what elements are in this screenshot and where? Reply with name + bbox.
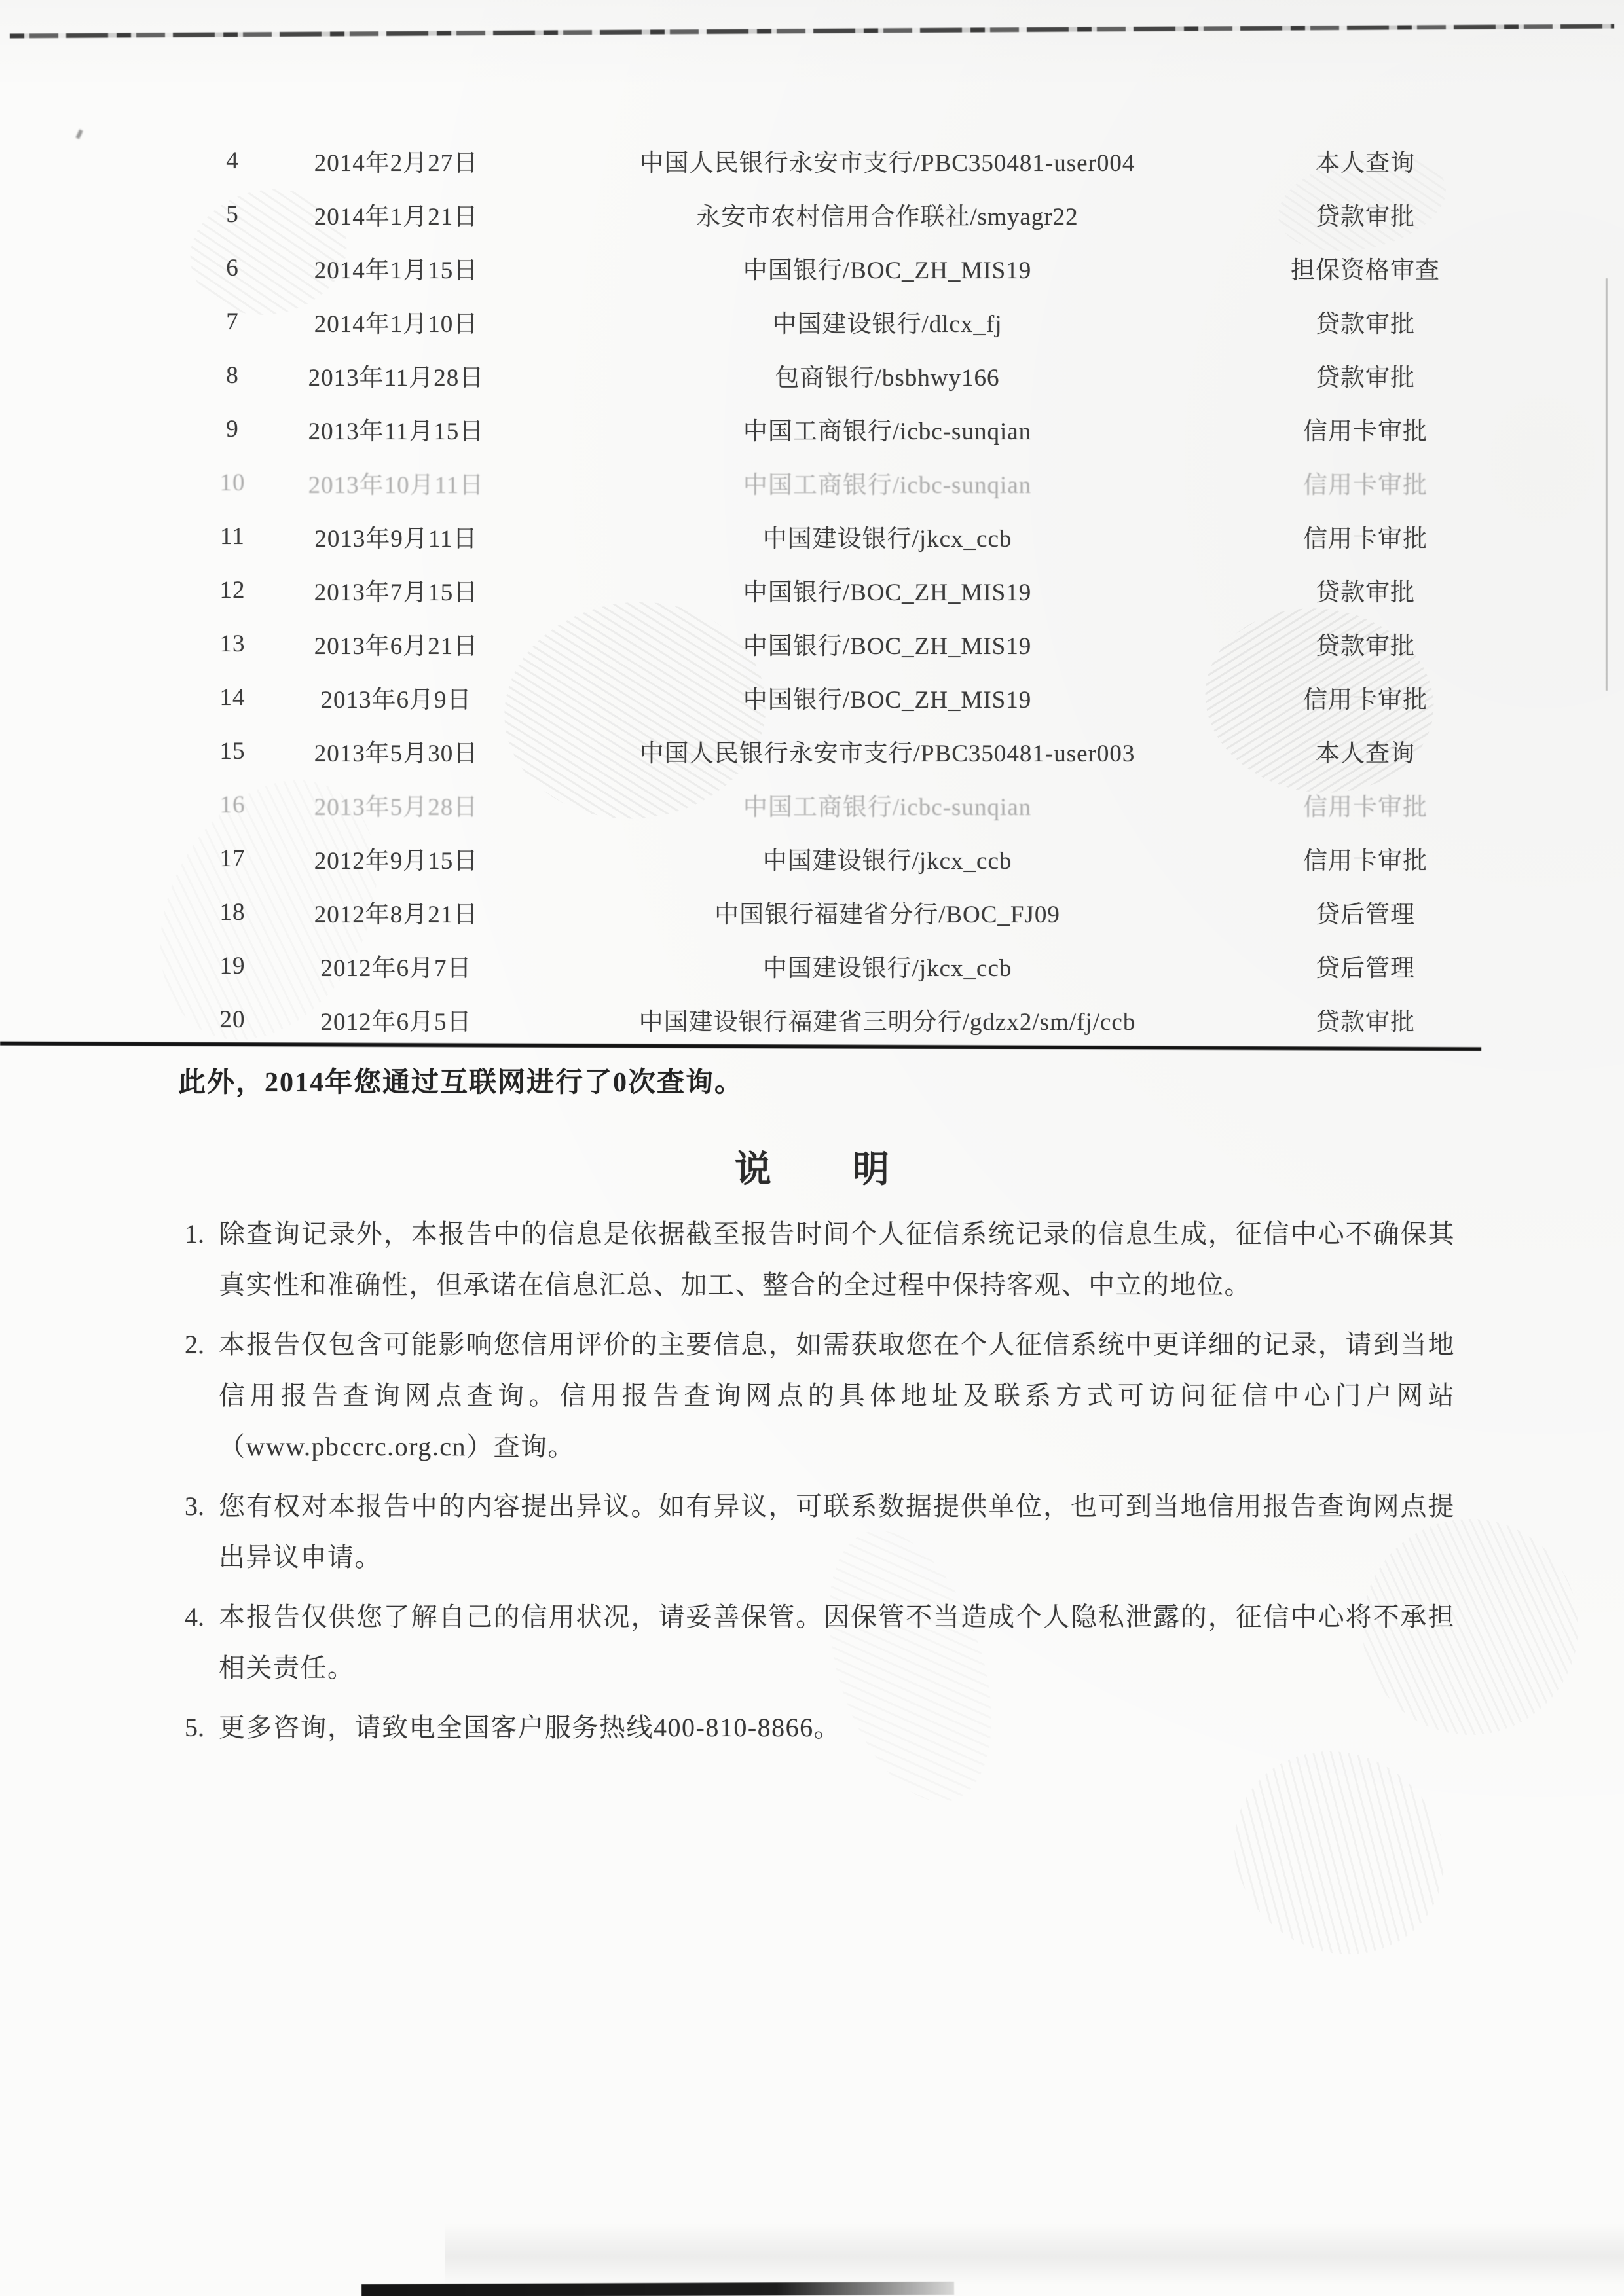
query-reason: 贷款审批 — [1290, 196, 1441, 232]
query-reason: 贷款审批 — [1290, 1002, 1441, 1037]
query-date: 2014年2月27日 — [308, 143, 485, 178]
query-row-number: 11 — [157, 522, 308, 551]
list-item-text: 本报告仅供您了解自己的信用状况，请妥善保管。因保管不当造成个人隐私泄露的，征信中… — [219, 1592, 1455, 1694]
query-row-number: 19 — [157, 952, 308, 980]
query-date: 2013年11月15日 — [308, 411, 485, 446]
internet-query-note: 此外，2014年您通过互联网进行了0次查询。 — [178, 1061, 743, 1100]
list-item-number: 5. — [185, 1702, 219, 1753]
query-operator: 中国建设银行/jkcx_ccb — [485, 519, 1290, 554]
table-row: 7 2014年1月10日 中国建设银行/dlcx_fj 贷款审批 — [157, 295, 1441, 348]
query-date: 2012年9月15日 — [308, 841, 485, 876]
query-row-number: 12 — [157, 576, 308, 604]
query-operator: 中国建设银行/jkcx_ccb — [485, 948, 1290, 983]
query-row-number: 15 — [157, 737, 308, 765]
table-row: 11 2013年9月11日 中国建设银行/jkcx_ccb 信用卡审批 — [157, 509, 1441, 563]
list-item: 5. 更多咨询，请致电全国客户服务热线400-810-8866。 — [185, 1702, 1455, 1753]
table-row: 13 2013年6月21日 中国银行/BOC_ZH_MIS19 贷款审批 — [157, 617, 1441, 670]
query-date: 2013年11月28日 — [308, 357, 485, 393]
query-operator: 中国人民银行永安市支行/PBC350481-user003 — [485, 733, 1290, 769]
query-row-number: 6 — [157, 254, 308, 282]
query-operator: 中国建设银行/jkcx_ccb — [485, 841, 1290, 876]
query-reason: 信用卡审批 — [1290, 465, 1441, 500]
table-row: 19 2012年6月7日 中国建设银行/jkcx_ccb 贷后管理 — [157, 939, 1441, 993]
table-row: 15 2013年5月30日 中国人民银行永安市支行/PBC350481-user… — [157, 724, 1441, 778]
query-reason: 担保资格审查 — [1290, 250, 1441, 285]
query-date: 2013年6月9日 — [308, 680, 485, 715]
query-reason: 贷款审批 — [1290, 304, 1441, 339]
list-item-number: 1. — [185, 1209, 219, 1311]
query-date: 2014年1月21日 — [308, 196, 485, 232]
query-row-number: 16 — [157, 791, 308, 819]
query-row-number: 20 — [157, 1006, 308, 1034]
query-date: 2012年6月5日 — [308, 1002, 485, 1037]
query-operator: 包商银行/bsbhwy166 — [485, 357, 1290, 393]
query-reason: 贷后管理 — [1290, 894, 1441, 930]
query-row-number: 14 — [157, 683, 308, 712]
query-operator: 中国银行/BOC_ZH_MIS19 — [485, 626, 1290, 661]
query-operator: 中国工商银行/icbc-sunqian — [485, 787, 1290, 822]
query-row-number: 7 — [157, 308, 308, 336]
table-row: 6 2014年1月15日 中国银行/BOC_ZH_MIS19 担保资格审查 — [157, 241, 1441, 295]
table-row: 12 2013年7月15日 中国银行/BOC_ZH_MIS19 贷款审批 — [157, 563, 1441, 617]
table-row: 10 2013年10月11日 中国工商银行/icbc-sunqian 信用卡审批 — [157, 456, 1441, 509]
query-reason: 本人查询 — [1290, 733, 1441, 769]
query-operator: 中国人民银行永安市支行/PBC350481-user004 — [485, 143, 1290, 178]
query-date: 2012年6月7日 — [308, 948, 485, 983]
query-operator: 中国建设银行福建省三明分行/gdzx2/sm/fj/ccb — [485, 1002, 1290, 1037]
query-date: 2013年5月30日 — [308, 733, 485, 769]
table-row: 8 2013年11月28日 包商银行/bsbhwy166 贷款审批 — [157, 348, 1441, 402]
query-operator: 中国银行/BOC_ZH_MIS19 — [485, 250, 1290, 285]
scan-artifact-top-line — [10, 24, 1614, 39]
query-row-number: 4 — [157, 147, 308, 175]
list-item: 3. 您有权对本报告中的内容提出异议。如有异议，可联系数据提供单位，也可到当地信… — [185, 1481, 1455, 1583]
list-item-text: 您有权对本报告中的内容提出异议。如有异议，可联系数据提供单位，也可到当地信用报告… — [219, 1481, 1455, 1583]
list-item-number: 2. — [185, 1319, 219, 1472]
table-row: 16 2013年5月28日 中国工商银行/icbc-sunqian 信用卡审批 — [157, 778, 1441, 831]
list-item-number: 3. — [185, 1481, 219, 1583]
scan-speck — [75, 129, 83, 139]
list-item-number: 4. — [185, 1592, 219, 1694]
list-item: 1. 除查询记录外，本报告中的信息是依据截至报告时间个人征信系统记录的信息生成，… — [185, 1209, 1455, 1311]
query-date: 2012年8月21日 — [308, 894, 485, 930]
query-row-number: 13 — [157, 630, 308, 658]
query-table-body: 4 2014年2月27日 中国人民银行永安市支行/PBC350481-user0… — [157, 134, 1441, 1046]
list-item: 4. 本报告仅供您了解自己的信用状况，请妥善保管。因保管不当造成个人隐私泄露的，… — [185, 1592, 1455, 1694]
table-row: 4 2014年2月27日 中国人民银行永安市支行/PBC350481-user0… — [157, 134, 1441, 187]
query-operator: 中国工商银行/icbc-sunqian — [485, 465, 1290, 500]
query-row-number: 18 — [157, 898, 308, 926]
table-row: 17 2012年9月15日 中国建设银行/jkcx_ccb 信用卡审批 — [157, 831, 1441, 885]
query-reason: 信用卡审批 — [1290, 519, 1441, 554]
table-row: 9 2013年11月15日 中国工商银行/icbc-sunqian 信用卡审批 — [157, 402, 1441, 456]
query-reason: 贷款审批 — [1290, 572, 1441, 608]
table-row: 20 2012年6月5日 中国建设银行福建省三明分行/gdzx2/sm/fj/c… — [157, 993, 1441, 1046]
scan-artifact-right-edge — [1606, 278, 1608, 691]
query-reason: 信用卡审批 — [1290, 787, 1441, 822]
query-reason: 本人查询 — [1290, 143, 1441, 178]
query-reason: 贷款审批 — [1290, 357, 1441, 393]
query-operator: 中国建设银行/dlcx_fj — [485, 304, 1290, 339]
query-reason: 信用卡审批 — [1290, 411, 1441, 446]
query-operator: 中国银行/BOC_ZH_MIS19 — [485, 680, 1290, 715]
query-date: 2013年5月28日 — [308, 787, 485, 822]
table-row: 18 2012年8月21日 中国银行福建省分行/BOC_FJ09 贷后管理 — [157, 885, 1441, 939]
query-operator: 中国工商银行/icbc-sunqian — [485, 411, 1290, 446]
notes-list: 1. 除查询记录外，本报告中的信息是依据截至报告时间个人征信系统记录的信息生成，… — [185, 1209, 1455, 1762]
scan-artifact-bottom-shade — [445, 2223, 1624, 2285]
query-reason: 信用卡审批 — [1290, 841, 1441, 876]
notes-section-title: 说 明 — [0, 1140, 1624, 1193]
list-item-text: 除查询记录外，本报告中的信息是依据截至报告时间个人征信系统记录的信息生成，征信中… — [219, 1209, 1455, 1311]
query-row-number: 10 — [157, 469, 308, 497]
query-date: 2013年6月21日 — [308, 626, 485, 661]
query-date: 2014年1月15日 — [308, 250, 485, 285]
query-operator: 中国银行福建省分行/BOC_FJ09 — [485, 894, 1290, 930]
query-reason: 贷后管理 — [1290, 948, 1441, 983]
query-row-number: 5 — [157, 200, 308, 228]
query-row-number: 9 — [157, 415, 308, 443]
query-operator: 中国银行/BOC_ZH_MIS19 — [485, 572, 1290, 608]
query-row-number: 17 — [157, 845, 308, 873]
query-reason: 信用卡审批 — [1290, 680, 1441, 715]
query-operator: 永安市农村信用合作联社/smyagr22 — [485, 196, 1290, 232]
table-row: 14 2013年6月9日 中国银行/BOC_ZH_MIS19 信用卡审批 — [157, 670, 1441, 724]
list-item-text: 更多咨询，请致电全国客户服务热线400-810-8866。 — [219, 1702, 1455, 1753]
list-item-text: 本报告仅包含可能影响您信用评价的主要信息，如需获取您在个人征信系统中更详细的记录… — [219, 1319, 1455, 1472]
scanned-credit-report-page: { "table": { "columns": ["序号", "查询日期", "… — [0, 0, 1624, 2296]
scan-artifact-bottom-bar — [361, 2282, 954, 2296]
query-date: 2013年10月11日 — [308, 465, 485, 500]
query-date: 2013年9月11日 — [308, 519, 485, 554]
list-item: 2. 本报告仅包含可能影响您信用评价的主要信息，如需获取您在个人征信系统中更详细… — [185, 1319, 1455, 1472]
query-reason: 贷款审批 — [1290, 626, 1441, 661]
query-row-number: 8 — [157, 361, 308, 390]
query-records-table: 4 2014年2月27日 中国人民银行永安市支行/PBC350481-user0… — [157, 134, 1441, 1046]
query-date: 2013年7月15日 — [308, 572, 485, 608]
table-row: 5 2014年1月21日 永安市农村信用合作联社/smyagr22 贷款审批 — [157, 187, 1441, 241]
query-date: 2014年1月10日 — [308, 304, 485, 339]
